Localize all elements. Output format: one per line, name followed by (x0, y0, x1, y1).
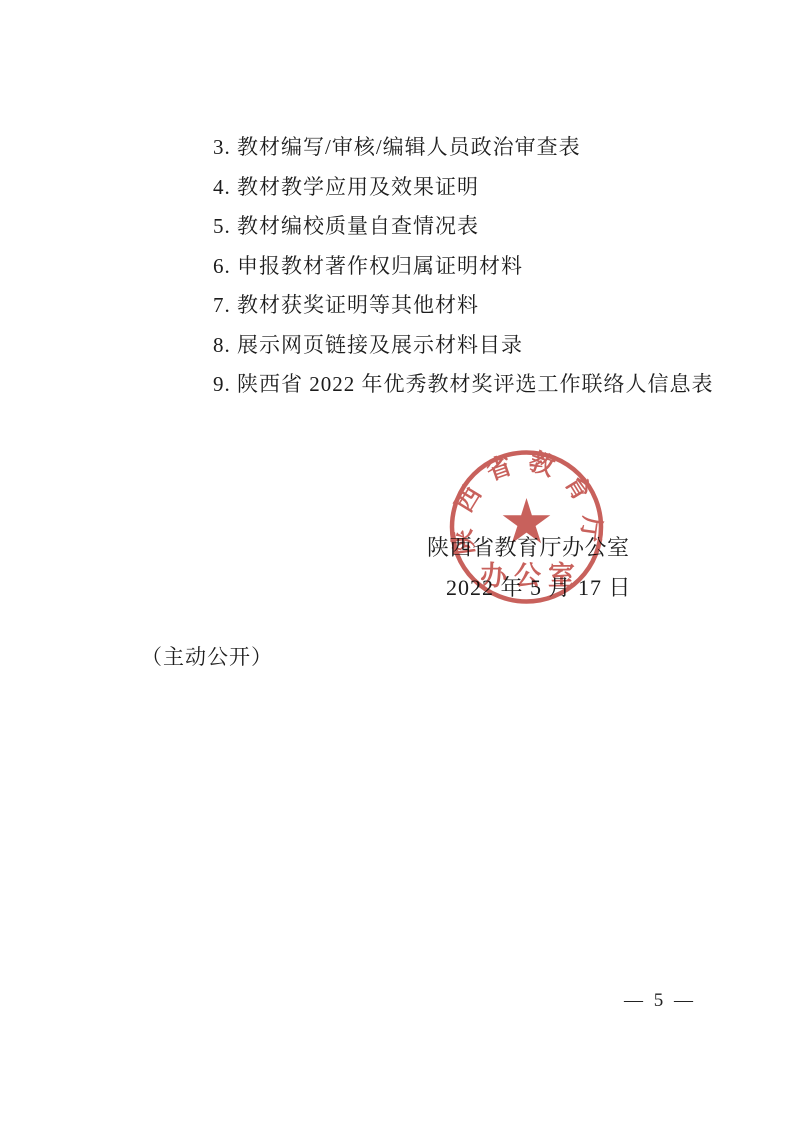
attachment-item: 4. 教材教学应用及效果证明 (213, 168, 733, 208)
attachment-item: 3. 教材编写/审核/编辑人员政治审查表 (213, 128, 733, 168)
document-page: 3. 教材编写/审核/编辑人员政治审查表 4. 教材教学应用及效果证明 5. 教… (0, 0, 793, 1122)
official-seal-stamp-icon: 陕西省教育厅 办公室 (447, 447, 606, 608)
disclosure-note: （主动公开） (141, 641, 273, 671)
page-number: — 5 — (624, 990, 696, 1012)
attachment-item: 6. 申报教材著作权归属证明材料 (213, 247, 733, 287)
attachment-item: 8. 展示网页链接及展示材料目录 (213, 326, 733, 366)
attachment-item: 9. 陕西省 2022 年优秀教材奖评选工作联络人信息表 (213, 365, 733, 405)
attachment-item: 7. 教材获奖证明等其他材料 (213, 286, 733, 326)
attachment-list: 3. 教材编写/审核/编辑人员政治审查表 4. 教材教学应用及效果证明 5. 教… (213, 128, 733, 405)
attachment-item: 5. 教材编校质量自查情况表 (213, 207, 733, 247)
seal-star-icon (503, 498, 551, 543)
seal-bottom-text: 办公室 (480, 561, 582, 591)
